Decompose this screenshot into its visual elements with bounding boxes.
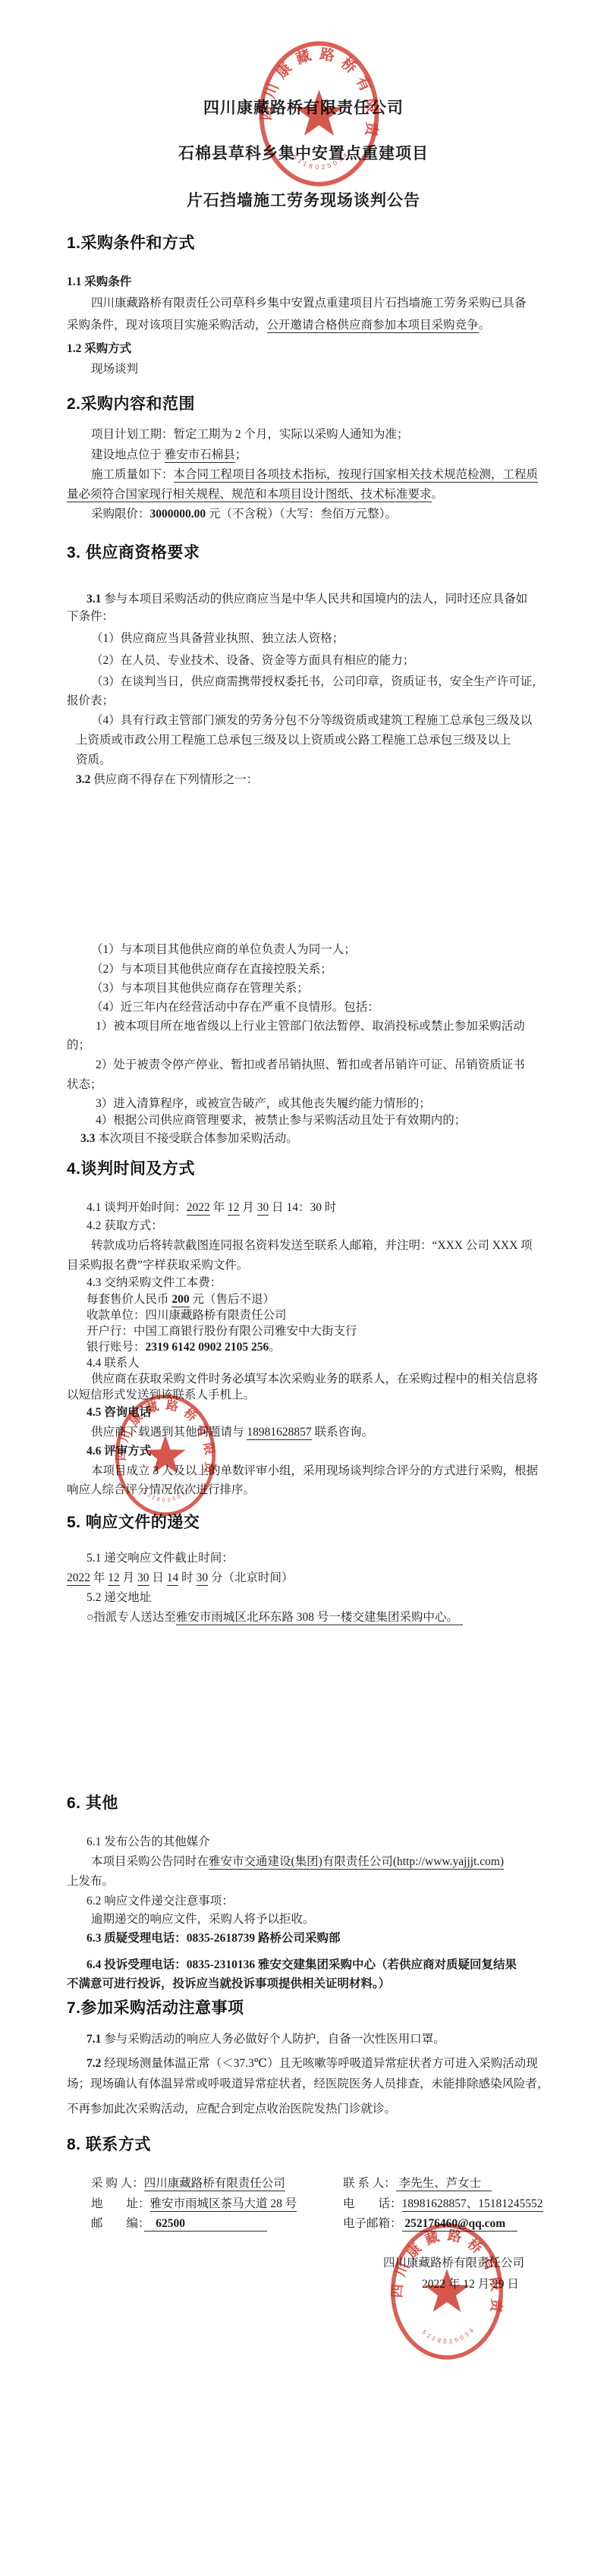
text-run: 1）被本项目所在地省级以上行业主管部门依法暂停、取消投标或禁止参加采购活动 [96,1020,525,1033]
text-run: （2）在人员、专业技术、设备、资金等方面具有相应的能力； [91,654,414,667]
doc-line: 收款单位：四川康藏路桥有限责任公司 [86,1308,287,1323]
text-run: 收款单位：四川康藏路桥有限责任公司 [86,1309,287,1322]
seal-company-text: 四川康藏路桥有限责任公司 [256,35,381,139]
doc-line: 每套售价人民币 200 元（售后不退） [86,1292,275,1307]
text-run: 银行账号： [86,1341,146,1354]
doc-line: 以短信形式发送到该联系人手机上。 [67,1388,255,1402]
doc-line: 下条件： [67,609,114,624]
doc-line: 报价表； [67,694,114,708]
text-run: （4）近三年内在经营活动中存在严重不良情形。包括： [91,1001,379,1014]
doc-line: 4.3 交纳采购文件工本费： [86,1275,222,1290]
text-run: 采购条件，现对该项目实施采购活动， [67,319,267,332]
section-heading: 4.谈判时间及方式 [67,1159,195,1179]
text-run: 项目计划工期：暂定工期为 2 个月，实际以采购人通知为准； [91,428,409,441]
text-run: 30 [137,1571,149,1586]
text-run: ○指派专人送达至 [86,1611,176,1624]
doc-line: （3）在谈判当日，供应商需携带授权委托书，公司印章，资质证书，安全生产许可证， [91,675,544,689]
text-run: 8. 联系方式 [67,2136,151,2153]
text-run: 场；现场确认有体温异常或呼吸道异常症状者，经医院医务人员排查，未能排除感染风险者… [67,2077,549,2090]
doc-line: 邮 编： 62500 [91,2216,267,2231]
text-run: 电子邮箱： [343,2217,402,2230]
text-run: 采购限价： [91,508,150,521]
doc-line: 4.6 评审方式 [86,1444,151,1458]
text-run: 4.2 获取方式： [86,1219,163,1232]
text-run: 。 [269,1341,281,1354]
section-heading: 8. 联系方式 [67,2135,151,2155]
section-heading: 6. 其他 [67,1794,118,1813]
text-run: 转款成功后将转款截图连同报名资料发送至联系人邮箱，并注明：“XXX 公司 XXX… [91,1239,533,1252]
text-run: 逾期递交的响应文件，采购人将予以拒收。 [91,1913,315,1926]
text-run: 4.5 咨询电话 [86,1406,151,1419]
text-run: （3）与本项目其他供应商存在管理关系； [91,982,309,995]
text-run: 下条件： [67,610,114,623]
text-run: 3.3 [80,1132,98,1145]
text-run: 6.3 质疑受理电话：0835-2618739 路桥公司采购部 [86,1932,341,1945]
text-run: 联系咨询。 [312,1426,373,1439]
text-run: 18981628857 [247,1426,311,1440]
text-run: 2）处于被责令停产停业、暂扣或者吊销执照、暂扣或者吊销许可证、吊销资质证书 [96,1058,525,1071]
text-run: 7.参加采购活动注意事项 [67,1999,244,2017]
text-run: 本项目采购公告同时在 [91,1855,209,1868]
text-run: 62500 [144,2217,267,2232]
text-run: （4）具有行政主管部门颁发的劳务分包不分等级资质或建筑工程施工总承包三级及以 [91,714,532,727]
text-run: 5. 响应文件的递交 [67,1514,200,1531]
doc-line: 不满意可进行投诉，投诉应当就投诉事项提供相关证明材料。） [67,1977,390,1991]
text-run: 2022 [67,1571,90,1586]
text-run: （1）供应商应当具备营业执照、独立法人资格； [91,632,344,645]
doc-line: 4.4 联系人 [86,1356,140,1370]
doc-line: 2）处于被责令停产停业、暂扣或者吊销执照、暂扣或者吊销许可证、吊销资质证书 [96,1058,525,1072]
text-run: 李先生、芦女士 [396,2177,492,2191]
text-run: 上资质或市政公用工程施工总承包三级及以上资质或公路工程施工总承包三级及以上 [76,734,511,747]
text-run: 开户行：中国工商银行股份有限公司雅安中大街支行 [86,1325,357,1338]
text-run: 本项目成立 3 人及以上的单数评审小组，采用现场谈判综合评分的方式进行采购，根据 [91,1464,538,1477]
signature-date: 2022 年 12 月 29 日 [422,2275,519,2291]
text-run: 7.2 [86,2057,104,2070]
text-run: 200 [171,1293,189,1307]
text-run: 不再参加此次采购活动，应配合到定点收治医院发热门诊就诊。 [67,2103,396,2115]
doc-line: 采 购 人：四川康藏路桥有限责任公司 [91,2176,285,2191]
text-run: 雅安市交通建设(集团)有限责任公司(http://www.yajjjt.com) [209,1855,504,1870]
text-run: 目采购报名费”字样获取采购文件。 [67,1259,248,1272]
doc-line: 5.2 递交地址 [86,1590,151,1605]
text-run: 不满意可进行投诉，投诉应当就投诉事项提供相关证明材料。） [67,1977,390,1990]
doc-line: 目采购报名费”字样获取采购文件。 [67,1258,248,1272]
text-run: 现场谈判 [91,363,138,376]
doc-line: 上资质或市政公用工程施工总承包三级及以上资质或公路工程施工总承包三级及以上 [76,733,511,747]
text-run: 采 购 人： [91,2177,144,2190]
doc-line: ○指派专人送达至雅安市雨城区北环东路 308 号一楼交建集团采购中心。 [86,1610,463,1625]
text-run: 邮 编： [91,2217,144,2230]
doc-line: 施工质量如下：本合同工程项目各项技术指标，按现行国家相关技术规范检测，工程质 [91,467,538,482]
doc-line: 6.4 投诉受理电话：0835-2310136 雅安交建集团采购中心（若供应商对… [86,1958,517,1972]
section-heading: 5. 响应文件的递交 [67,1513,200,1533]
text-run: 电 话： [343,2197,402,2210]
doc-line: 3）进入清算程序，或被宣告破产，或其他丧失履约能力情形的； [96,1096,431,1111]
doc-line: 1.1 采购条件 [67,275,131,289]
text-run: 本次项目不接受联合体参加采购活动。 [98,1132,298,1145]
section-heading: 7.参加采购活动注意事项 [67,1999,244,2018]
doc-line: 3.1 参与本项目采购活动的供应商应当是中华人民共和国境内的法人，同时还应具备如 [86,592,527,606]
text-run: 5.1 递交响应文件截止时间： [86,1552,234,1565]
text-run: 4.6 评审方式 [86,1445,151,1458]
doc-line: 3.3 本次项目不接受联合体参加采购活动。 [80,1131,298,1146]
text-run: （1）与本项目其他供应商的单位负责人为同一人； [91,943,356,956]
doc-line: （3）与本项目其他供应商存在管理关系； [91,981,309,995]
signature-company: 四川康藏路桥有限责任公司 [383,2254,524,2270]
text-run: 年 [210,1201,228,1214]
text-run: 2319 6142 0902 2105 256 [146,1341,269,1354]
text-run: 。 [479,319,491,332]
text-run: 252176460@qq.com [402,2217,518,2232]
text-run: （2）与本项目其他供应商存在直接控股关系； [91,963,332,976]
doc-title-company: 四川康藏路桥有限责任公司 [0,96,607,118]
doc-line: 不再参加此次采购活动，应配合到定点收治医院发热门诊就诊。 [67,2102,396,2116]
text-run: 3000000.00 [150,508,206,521]
doc-line: 地 址：雅安市雨城区茶马大道 28 号 [91,2197,297,2211]
doc-title-announcement: 片石挡墙施工劳务现场谈判公告 [0,188,607,211]
doc-line: 响应人综合评分情况依次进行排序。 [67,1483,255,1497]
text-run: 建设地点位于 [91,448,165,461]
text-run: 4）根据公司供应商管理要求，被禁止参与采购活动且处于有效期内的； [96,1114,466,1127]
text-run: 2.采购内容和范围 [67,395,195,413]
document-page: 四川康藏路桥有限责任公司 石棉县草科乡集中安置点重建项目 片石挡墙施工劳务现场谈… [0,0,607,2576]
doc-line: 2022 年 12 月 30 日 14 时 30 分（北京时间） [67,1571,293,1585]
text-run: 经现场测量体温正常（＜37.3℃）且无咳嗽等呼吸道异常症状者方可进入采购活动现 [104,2057,537,2070]
doc-line: 的； [67,1038,90,1052]
text-run: （3）在谈判当日，供应商需携带授权委托书，公司印章，资质证书，安全生产许可证， [91,675,544,688]
text-run: 4.3 交纳采购文件工本费： [86,1276,222,1289]
text-run: 6.1 发布公告的其他媒介 [86,1835,210,1848]
text-run: 分（北京时间） [208,1571,293,1584]
text-run: 12 [228,1201,240,1216]
text-run: 年 [90,1571,108,1584]
text-run: 量必须符合国家现行相关规程、规范和本项目设计图纸、技术标准要求 [67,488,432,502]
text-run: 12 [108,1571,120,1586]
text-run: 日 [149,1571,167,1584]
text-run: 元（售后不退） [190,1293,275,1306]
text-run: 四川康藏路桥有限责任公司 [144,2177,285,2191]
doc-line: （4）具有行政主管部门颁发的劳务分包不分等级资质或建筑工程施工总承包三级及以 [91,713,532,728]
doc-line: 3.2 供应商不得存在下列情形之一： [76,772,258,787]
doc-line: 采购条件，现对该项目实施采购活动，公开邀请合格供应商参加本项目采购竞争。 [67,318,490,332]
doc-line: 6.2 响应文件递交注意事项： [86,1894,234,1908]
text-run: 3.2 [76,773,93,786]
text-run: 1.2 采购方式 [67,342,131,355]
text-run: 四川康藏路桥有限责任公司草科乡集中安置点重建项目片石挡墙施工劳务采购已具备 [91,297,527,310]
doc-line: 采购限价：3000000.00 元（不含税）（大写：叁佰万元整）。 [91,507,397,521]
doc-line: 建设地点位于 雅安市石棉县； [91,448,247,462]
doc-line: 7.1 参与采购活动的响应人务必做好个人防护，自备一次性医用口罩。 [86,2032,445,2046]
text-run: 3.1 [86,593,104,605]
doc-line: 4.2 获取方式： [86,1219,163,1233]
doc-line: 量必须符合国家现行相关规程、规范和本项目设计图纸、技术标准要求。 [67,487,443,502]
text-run: 元（不含税）（大写：叁佰万元整）。 [206,508,397,521]
text-run: 4.谈判时间及方式 [67,1160,195,1178]
text-run: 2022 [187,1201,210,1216]
text-run: 6.4 投诉受理电话：0835-2310136 雅安交建集团采购中心（若供应商对… [86,1958,517,1971]
doc-line: 银行账号：2319 6142 0902 2105 256。 [86,1340,281,1354]
text-run: 资质。 [76,753,112,766]
text-run: 1.1 采购条件 [67,275,131,288]
text-run: 每套售价人民币 [86,1293,171,1306]
text-run: 公开邀请合格供应商参加本项目采购竞争 [267,319,479,333]
text-run: 日 14：30 时 [269,1201,336,1214]
doc-line: 转款成功后将转款截图连同报名资料发送至联系人邮箱，并注明：“XXX 公司 XXX… [91,1238,533,1253]
doc-line: 场；现场确认有体温异常或呼吸道异常症状者，经医院医务人员排查，未能排除感染风险者… [67,2077,549,2091]
text-run: 以短信形式发送到该联系人手机上。 [67,1389,255,1401]
doc-title-project: 石棉县草科乡集中安置点重建项目 [0,141,607,164]
doc-line: 电子邮箱： 252176460@qq.com [343,2216,517,2231]
doc-line: （4）近三年内在经营活动中存在严重不良情形。包括： [91,1000,379,1014]
text-run: 雅安市雨城区北环东路 308 号一楼交建集团采购中心。 [176,1611,463,1625]
doc-line: 供应商在获取采购文件时务必填写本次采购业务的联系人，在采购过程中的相关信息将 [91,1372,538,1386]
doc-line: （2）与本项目其他供应商存在直接控股关系； [91,962,332,977]
doc-line: 4.1 谈判开始时间：2022 年 12 月 30 日 14：30 时 [86,1200,336,1215]
doc-line: 四川康藏路桥有限责任公司草科乡集中安置点重建项目片石挡墙施工劳务采购已具备 [91,296,527,310]
doc-line: 7.2 经现场测量体温正常（＜37.3℃）且无咳嗽等呼吸道异常症状者方可进入采购… [86,2056,538,2071]
doc-line: 现场谈判 [91,362,138,376]
text-run: 月 [240,1201,257,1214]
doc-line: 联 系 人： 李先生、芦女士 [343,2176,492,2191]
doc-line: 供应商下载遇到其他问题请与 18981628857 联系咨询。 [91,1425,373,1439]
text-run: 报价表； [67,694,114,707]
section-heading: 1.采购条件和方式 [67,234,195,253]
doc-line: 4）根据公司供应商管理要求，被禁止参与采购活动且处于有效期内的； [96,1113,466,1128]
doc-line: 上发布。 [67,1874,114,1889]
text-run: 本合同工程项目各项技术指标，按现行国家相关技术规范检测，工程质 [174,468,539,483]
doc-line: 逾期递交的响应文件，采购人将予以拒收。 [91,1912,315,1926]
text-run: 地 址： [91,2197,150,2210]
doc-line: （1）与本项目其他供应商的单位负责人为同一人； [91,942,356,957]
text-run: 30 [257,1201,269,1216]
text-run: 。 [432,488,444,501]
doc-line: 本项目成立 3 人及以上的单数评审小组，采用现场谈判综合评分的方式进行采购，根据 [91,1464,538,1478]
text-run: ； [235,448,247,461]
doc-line: 1.2 采购方式 [67,341,131,356]
doc-line: （1）供应商应当具备营业执照、独立法人资格； [91,631,344,646]
text-run: 14 [167,1571,179,1586]
text-run: 供应商下载遇到其他问题请与 [91,1426,247,1439]
text-run: 雅安市石棉县 [165,448,235,463]
text-run: 联 系 人： [343,2177,396,2190]
doc-line: 5.1 递交响应文件截止时间： [86,1551,234,1565]
seal-ring [393,2225,502,2357]
doc-line: 状态； [67,1077,102,1092]
doc-line: 项目计划工期：暂定工期为 2 个月，实际以采购人通知为准； [91,427,409,442]
doc-line: 开户行：中国工商银行股份有限公司雅安中大街支行 [86,1324,357,1338]
doc-line: 资质。 [76,753,112,767]
doc-line: 本项目采购公告同时在雅安市交通建设(集团)有限责任公司(http://www.y… [91,1854,504,1869]
doc-line: 6.1 发布公告的其他媒介 [86,1835,210,1849]
doc-line: 6.3 质疑受理电话：0835-2618739 路桥公司采购部 [86,1931,341,1945]
text-run: 18981628857、15181245552 [402,2197,543,2212]
text-run: 5.2 递交地址 [86,1591,151,1604]
company-seal: 四川康藏路桥有限责任公司5118025034105 [378,2220,516,2363]
text-run: 供应商不得存在下列情形之一： [93,773,258,786]
text-run: 3）进入清算程序，或被宣告破产，或其他丧失履约能力情形的； [96,1097,431,1110]
section-heading: 3. 供应商资格要求 [67,543,200,563]
text-run: 参与本项目采购活动的供应商应当是中华人民共和国境内的法人，同时还应具备如 [104,593,527,605]
text-run: 响应人综合评分情况依次进行排序。 [67,1483,255,1496]
doc-line: 4.5 咨询电话 [86,1405,151,1420]
text-run: 上发布。 [67,1875,114,1888]
text-run: 1.采购条件和方式 [67,234,195,252]
doc-line: 电 话：18981628857、15181245552 [343,2197,543,2211]
text-run: 3. 供应商资格要求 [67,544,200,561]
text-run: 时 [178,1571,196,1584]
doc-line: （2）在人员、专业技术、设备、资金等方面具有相应的能力； [91,653,414,668]
text-run: 供应商在获取采购文件时务必填写本次采购业务的联系人，在采购过程中的相关信息将 [91,1373,538,1386]
section-heading: 2.采购内容和范围 [67,395,195,414]
text-run: 6. 其他 [67,1794,118,1812]
text-run: 6.2 响应文件递交注意事项： [86,1895,234,1908]
text-run: 30 [197,1571,209,1586]
text-run: 雅安市雨城区茶马大道 28 号 [150,2197,297,2212]
text-run: 施工质量如下： [91,468,174,481]
text-run: 4.1 谈判开始时间： [86,1201,187,1214]
text-run: 4.4 联系人 [86,1357,140,1370]
text-run: 状态； [67,1078,102,1091]
text-run: 的； [67,1039,90,1052]
text-run: 7.1 [86,2033,104,2046]
doc-line: 1）被本项目所在地省级以上行业主管部门依法暂停、取消投标或禁止参加采购活动 [96,1019,525,1033]
text-run: 参与采购活动的响应人务必做好个人防护，自备一次性医用口罩。 [104,2033,445,2046]
text-run: 月 [120,1571,137,1584]
